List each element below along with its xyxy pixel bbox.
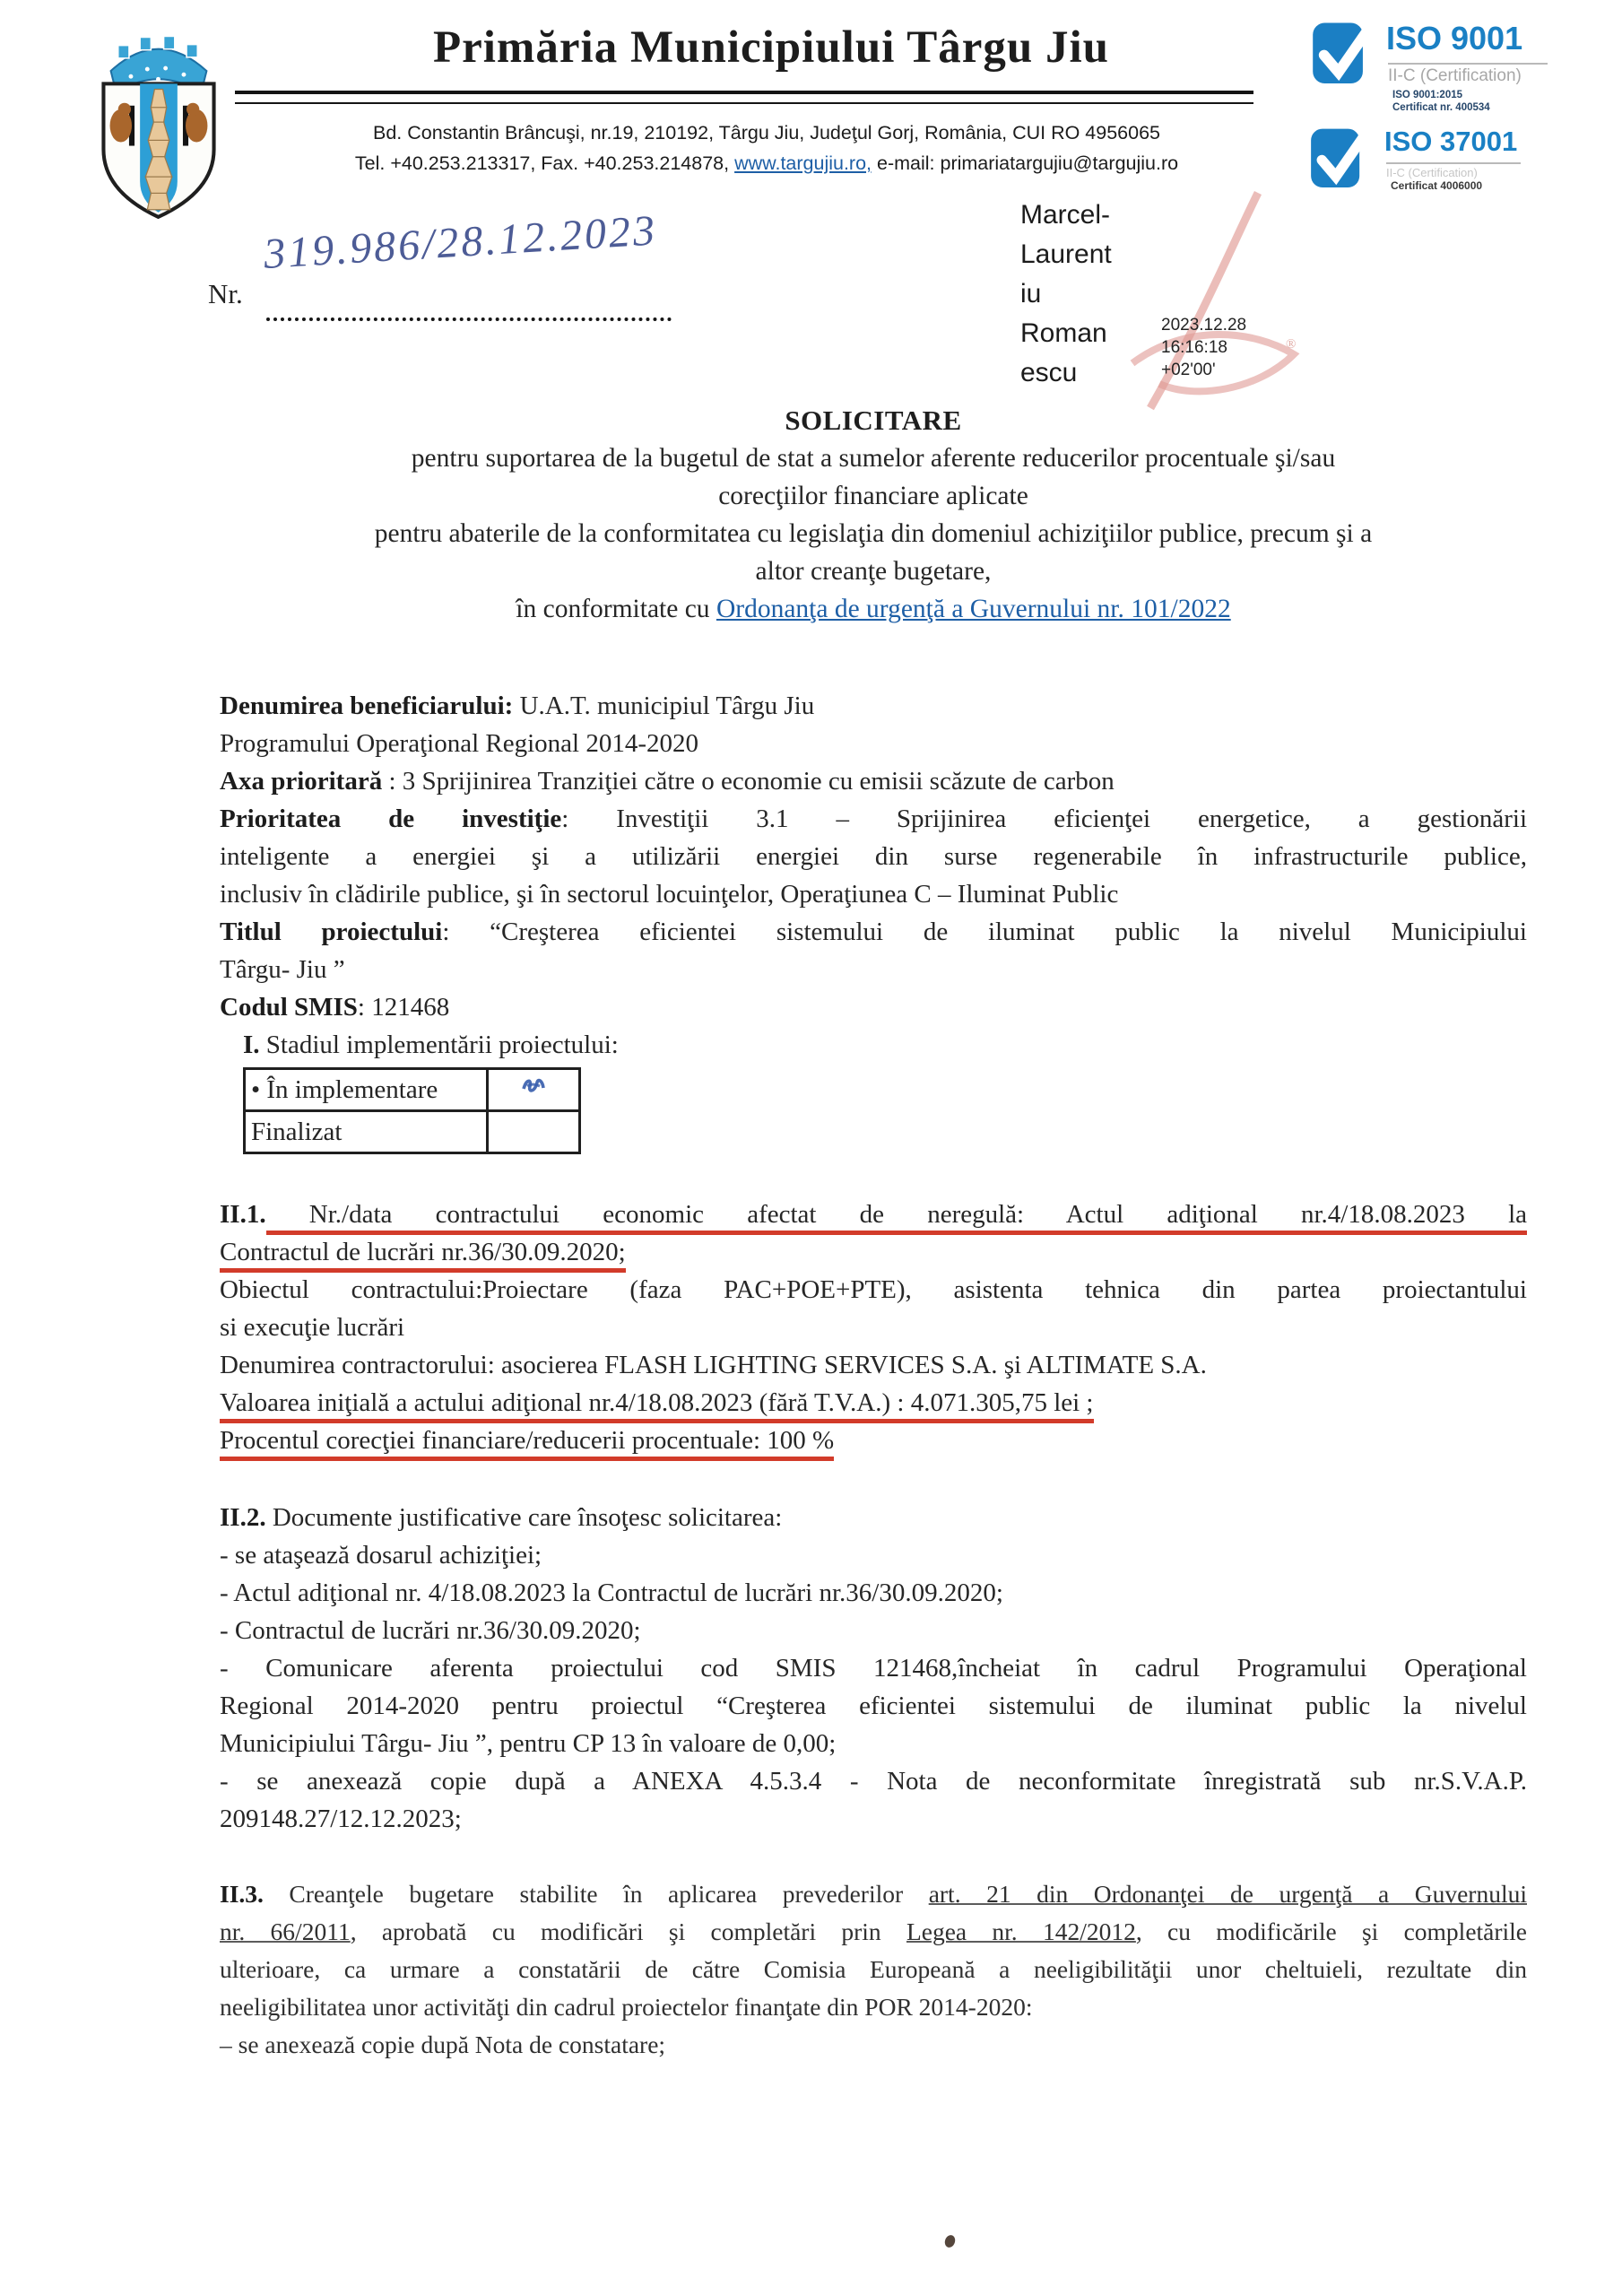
page-title: Primăria Municipiului Târgu Jiu (278, 22, 1264, 74)
program-line: Programului Operaţional Regional 2014-20… (220, 725, 1527, 762)
investment-priority-line-2: inteligente a energiei şi a utilizării e… (220, 838, 1527, 875)
iso-9001-certificate-number: Certificat nr. 400534 (1392, 102, 1490, 113)
priority-axis-line: Axa prioritară : 3 Sprijinirea Tranziţie… (220, 762, 1527, 800)
section-text: Creanţele bugetare stabilite în aplicare… (264, 1880, 929, 1908)
ordinance-66-2011-reference[interactable]: nr. 66/2011 (220, 1918, 351, 1945)
document-title-block: SOLICITARE pentru suportarea de la buget… (220, 402, 1527, 628)
document-body: Denumirea beneficiarului: U.A.T. municip… (220, 687, 1527, 2064)
initial-value-line: Valoarea iniţială a actului adiţional nr… (220, 1384, 1527, 1422)
signer-name-line: escu (1020, 353, 1112, 393)
table-row: • În implementare (245, 1069, 580, 1111)
law-142-2012-reference[interactable]: Legea nr. 142/2012 (906, 1918, 1136, 1945)
iso-37001-certificate-number: Certificat 4006000 (1391, 179, 1482, 192)
field-label: Titlul proiectului (220, 918, 442, 946)
subtitle-line: pentru suportarea de la bugetul de stat … (220, 439, 1527, 477)
iso-37001-cert-org: II-C (Certification) (1386, 166, 1478, 179)
signer-name-line: Roman (1020, 314, 1112, 353)
signer-name: Marcel- Laurent iu Roman escu (1020, 196, 1112, 393)
address-line-2: Tel. +40.253.213317, Fax. +40.253.214878… (269, 152, 1264, 175)
subtitle-line: pentru abaterile de la conformitatea cu … (220, 515, 1527, 552)
website-link[interactable]: www.targujiu.ro, (734, 152, 872, 174)
list-item-continuation: 209148.27/12.12.2023; (220, 1800, 1527, 1838)
field-value: : 121468 (358, 993, 449, 1022)
list-item: - Actul adiţional nr. 4/18.08.2023 la Co… (220, 1574, 1527, 1612)
section-ii3-line-5: – se anexează copie după Nota de constat… (220, 2026, 1527, 2064)
correction-percent-line: Procentul corecţiei financiare/reducerii… (220, 1422, 1527, 1459)
address-tel: Tel. +40.253.213317, Fax. +40.253.214878… (355, 152, 734, 174)
signer-name-line: Laurent (1020, 235, 1112, 274)
ordinance-101-2022-link[interactable]: Ordonanţa de urgenţă a Guvernului nr. 10… (716, 595, 1231, 623)
header-divider (235, 91, 1253, 104)
section-number: II.2. (220, 1503, 266, 1532)
signature-datetime: 2023.12.28 16:16:18 +02'00' (1161, 314, 1246, 381)
iso-37001-label: ISO 37001 (1384, 126, 1517, 158)
field-value: : “Creşterea eficientei sistemului de il… (442, 918, 1527, 946)
field-label: Axa prioritară (220, 767, 388, 796)
field-label: Codul SMIS (220, 993, 358, 1022)
table-row: Finalizat (245, 1111, 580, 1153)
contract-object-line: Obiectul contractului:Proiectare (faza P… (220, 1271, 1527, 1309)
iso-9001-checkmark-icon (1311, 16, 1370, 91)
percent-underlined: Procentul corecţiei financiare/reducerii… (220, 1426, 834, 1461)
project-title-line-2: Târgu- Jiu ” (220, 951, 1527, 988)
registration-number-handwritten: 319.986/28.12.2023 (263, 205, 659, 279)
iso-9001-label: ISO 9001 (1386, 20, 1522, 57)
section-title: Documente justificative care însoţesc so… (266, 1503, 783, 1532)
iso-37001-checkmark-icon (1309, 120, 1366, 197)
dotted-line (266, 278, 672, 321)
registered-mark: ® (1286, 337, 1296, 352)
document-page: Primăria Municipiului Târgu Jiu Bd. Cons… (0, 0, 1622, 2296)
signer-name-line: Marcel- (1020, 196, 1112, 235)
section-i-heading: I. Stadiul implementării proiectului: (220, 1026, 1527, 1064)
field-label: Prioritatea de investiţie (220, 804, 561, 833)
section-number: I. (243, 1031, 260, 1059)
ink-checkmark-icon (520, 1074, 547, 1098)
contract-object-line-2: si execuţie lucrări (220, 1309, 1527, 1346)
document-title: SOLICITARE (220, 402, 1527, 439)
field-value: : 3 Sprijinirea Tranziţiei către o econo… (388, 767, 1114, 796)
address-email: e-mail: primariatargujiu@targujiu.ro (872, 152, 1178, 174)
subtitle-line: corecţiilor financiare aplicate (220, 477, 1527, 515)
ink-speck (943, 2234, 957, 2249)
list-item-continuation: Municipiului Târgu- Jiu ”, pentru CP 13 … (220, 1725, 1527, 1762)
implementation-status-table: • În implementare Finalizat (243, 1067, 581, 1154)
status-empty-cell (488, 1111, 580, 1153)
investment-priority-line: Prioritatea de investiţie: Investiţii 3.… (220, 800, 1527, 838)
spacer (220, 1160, 1527, 1196)
ordinance-66-2011-reference[interactable]: art. 21 din Ordonanţei de urgenţă a Guve… (929, 1880, 1527, 1908)
investment-priority-line-3: inclusiv în clădirile publice, şi în sec… (220, 875, 1527, 913)
registration-number-label: Nr. (208, 278, 243, 310)
iso-9001-standard: ISO 9001:2015 (1392, 90, 1462, 100)
section-text: , aprobată cu modificări şi completări p… (351, 1918, 906, 1945)
smis-code-line: Codul SMIS: 121468 (220, 988, 1527, 1026)
iso-37001-divider (1386, 162, 1521, 164)
subtitle-pre: în conformitate cu (516, 595, 716, 623)
status-option-in-implementare: • În implementare (245, 1069, 488, 1111)
section-number: II.1. (220, 1200, 266, 1229)
section-ii3-line-3: ulterioare, ca urmare a constatării de c… (220, 1951, 1527, 1988)
section-ii2-heading: II.2. Documente justificative care însoţ… (220, 1499, 1527, 1536)
section-ii3-line-2: nr. 66/2011, aprobată cu modificări şi c… (220, 1913, 1527, 1951)
targu-jiu-coat-of-arms (82, 13, 235, 222)
status-option-finalizat: Finalizat (245, 1111, 488, 1153)
list-item: - Contractul de lucrări nr.36/30.09.2020… (220, 1612, 1527, 1649)
list-item: - Comunicare aferenta proiectului cod SM… (220, 1649, 1527, 1687)
iso-9001-divider (1388, 63, 1548, 65)
contractor-name-line: Denumirea contractorului: asocierea FLAS… (220, 1346, 1527, 1384)
digital-signature: ® Marcel- Laurent iu Roman escu 2023.12.… (1020, 196, 1316, 411)
field-value: U.A.T. municipiul Târgu Jiu (513, 691, 814, 720)
contract-reference-underlined: Nr./data contractului economic afectat d… (266, 1200, 1527, 1235)
signature-timezone: +02'00' (1161, 359, 1246, 381)
spacer (220, 1459, 1527, 1499)
section-number: II.3. (220, 1880, 264, 1908)
section-ii3-heading: II.3. Creanţele bugetare stabilite în ap… (220, 1875, 1527, 1913)
spacer (220, 1838, 1527, 1875)
list-item-continuation: Regional 2014-2020 pentru proiectul “Cre… (220, 1687, 1527, 1725)
beneficiary-line: Denumirea beneficiarului: U.A.T. municip… (220, 687, 1527, 725)
address-line-1: Bd. Constantin Brâncuşi, nr.19, 210192, … (269, 122, 1264, 144)
signature-date: 2023.12.28 (1161, 314, 1246, 336)
section-ii1-heading: II.1. Nr./data contractului economic afe… (220, 1196, 1527, 1233)
list-item: - se ataşează dosarul achiziţiei; (220, 1536, 1527, 1574)
field-label: Denumirea beneficiarului: (220, 691, 513, 720)
project-title-line: Titlul proiectului: “Creşterea eficiente… (220, 913, 1527, 951)
subtitle-line: în conformitate cu Ordonanţa de urgenţă … (220, 590, 1527, 628)
contract-reference-underlined: Contractul de lucrări nr.36/30.09.2020; (220, 1238, 626, 1273)
section-ii1-line-2: Contractul de lucrări nr.36/30.09.2020; (220, 1233, 1527, 1271)
section-title: Stadiul implementării proiectului: (260, 1031, 619, 1059)
signature-time: 16:16:18 (1161, 336, 1246, 359)
iso-9001-cert-org: II-C (Certification) (1388, 66, 1522, 86)
status-check-cell (488, 1069, 580, 1111)
signer-name-line: iu (1020, 274, 1112, 314)
value-underlined: Valoarea iniţială a actului adiţional nr… (220, 1388, 1094, 1423)
subtitle-line: altor creanţe bugetare, (220, 552, 1527, 590)
section-ii3-line-4: neeligibilitatea unor activităţi din cad… (220, 1988, 1527, 2026)
field-value: : Investiţii 3.1 – Sprijinirea eficienţe… (561, 804, 1527, 833)
section-text: , cu modificările şi completările (1136, 1918, 1527, 1945)
list-item: - se anexează copie după a ANEXA 4.5.3.4… (220, 1762, 1527, 1800)
